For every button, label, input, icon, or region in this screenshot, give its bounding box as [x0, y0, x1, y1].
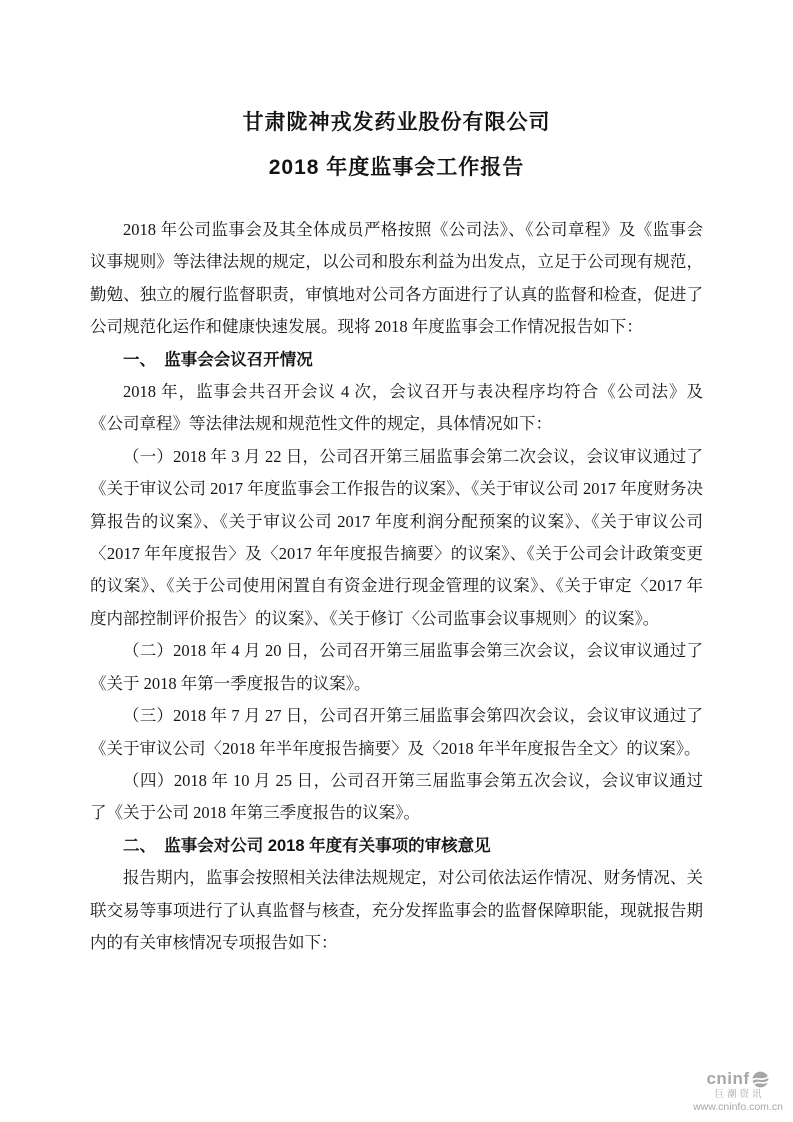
document-title-line2: 2018 年度监事会工作报告: [90, 145, 703, 190]
cninfo-swirl-icon: [751, 1070, 770, 1089]
document-body: 2018 年公司监事会及其全体成员严格按照《公司法》、《公司章程》及《监事会议事…: [90, 214, 703, 959]
paragraph-intro: 2018 年公司监事会及其全体成员严格按照《公司法》、《公司章程》及《监事会议事…: [90, 214, 703, 344]
cninfo-watermark: cninf 巨潮资讯 www.cninfo.com.cn: [688, 1070, 788, 1114]
paragraph-meeting-4: （四）2018 年 10 月 25 日，公司召开第三届监事会第五次会议，会议审议…: [90, 765, 703, 830]
cninfo-logo-row: cninf: [688, 1070, 788, 1089]
cninfo-logo-text: cninf: [706, 1070, 749, 1089]
paragraph-meeting-1: （一）2018 年 3 月 22 日，公司召开第三届监事会第二次会议，会议审议通…: [90, 441, 703, 635]
document-title-line1: 甘肃陇神戎发药业股份有限公司: [90, 100, 703, 145]
cninfo-url: www.cninfo.com.cn: [688, 1102, 788, 1114]
paragraph-meeting-summary: 2018 年，监事会共召开会议 4 次，会议召开与表决程序均符合《公司法》及《公…: [90, 376, 703, 441]
document-page: 甘肃陇神戎发药业股份有限公司 2018 年度监事会工作报告 2018 年公司监事…: [0, 0, 793, 1122]
paragraph-review-intro: 报告期内，监事会按照相关法律法规规定，对公司依法运作情况、财务情况、关联交易等事…: [90, 862, 703, 959]
paragraph-meeting-3: （三）2018 年 7 月 27 日，公司召开第三届监事会第四次会议，会议审议通…: [90, 700, 703, 765]
section-heading-1: 一、 监事会会议召开情况: [90, 344, 703, 376]
cninfo-brand-chinese: 巨潮资讯: [688, 1090, 788, 1100]
section-heading-2: 二、 监事会对公司 2018 年度有关事项的审核意见: [90, 830, 703, 862]
paragraph-meeting-2: （二）2018 年 4 月 20 日，公司召开第三届监事会第三次会议，会议审议通…: [90, 635, 703, 700]
